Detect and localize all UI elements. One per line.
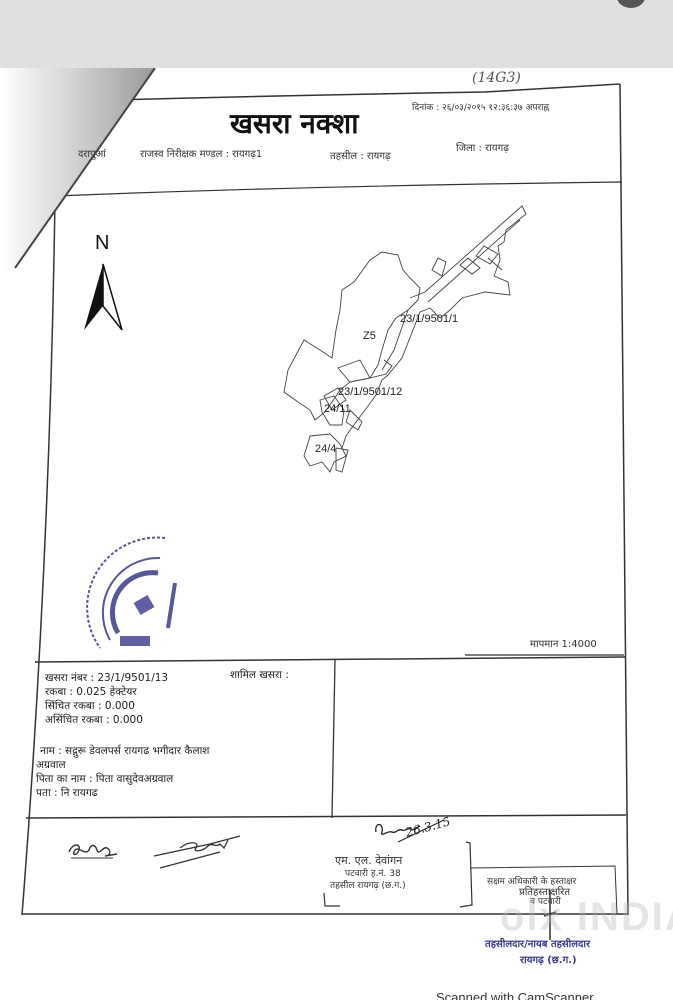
viewer-top-bar [0, 0, 673, 68]
official-seal [80, 528, 190, 663]
info-icon[interactable] [617, 0, 645, 8]
map-label-24-11: 24/11 [324, 403, 351, 415]
village-name: दरापुआं [78, 146, 106, 160]
sinchit-rakba: सिंचित रकबा : 0.000 [45, 699, 135, 713]
shamil-khasra: शामिल खसरा : [230, 668, 289, 682]
date-time: दिनांक : २६/०३/२०१५ १२:३६:३७ अपराह्न [412, 100, 549, 113]
rakba: रकबा : 0.025 हेक्टेयर [45, 685, 137, 699]
khasra-number: खसरा नंबर : 23/1/9501/13 [45, 671, 168, 685]
owner-name-cont: अग्रवाल [36, 758, 66, 772]
signature-1 [65, 838, 125, 864]
tehsildar-stamp-place: रायगढ़ (छ.ग.) [520, 954, 577, 967]
signature-2 [150, 830, 250, 870]
document-title: खसरा नक्शा [230, 104, 358, 142]
north-arrow-icon [82, 262, 124, 334]
address: पता : नि रायगढ [36, 786, 98, 800]
patwari-stamp-tehsil: तहसील रायगढ़ (छ.ग.) [330, 880, 406, 893]
map-label-23-1-9501-1: 23/1/9501/1 [400, 313, 458, 325]
map-label-24-4: 24/4 [315, 443, 336, 455]
district: जिला : रायगढ़ [456, 140, 509, 154]
patwari-stamp-name: एम. एल. देवांगन [335, 854, 402, 867]
north-label: N [95, 232, 109, 255]
map-label-23-1-9501-12: 23/1/9501/12 [338, 386, 402, 398]
map-scale: मापमान 1:4000 [530, 636, 597, 650]
camscanner-footer: Scanned with CamScanner [436, 990, 594, 1000]
khasra-map [270, 200, 540, 480]
owner-name: नाम : सद्गुरू डेवलपर्स रायगढ भगीदार कैला… [40, 744, 209, 758]
father-name: पिता का नाम : पिता वासुदेवअग्रवाल [36, 772, 173, 786]
watermark: olx INDIA [500, 895, 673, 940]
tehsil: तहसील : रायगढ़ [330, 148, 391, 162]
handwritten-page-ref: (14G3) [472, 70, 521, 86]
ri-circle: राजस्व निरीक्षक मण्डल : रायगढ़1 [140, 146, 262, 160]
asinchit-rakba: असिंचित रकबा : 0.000 [45, 713, 143, 727]
map-label-z5: Z5 [363, 330, 376, 342]
